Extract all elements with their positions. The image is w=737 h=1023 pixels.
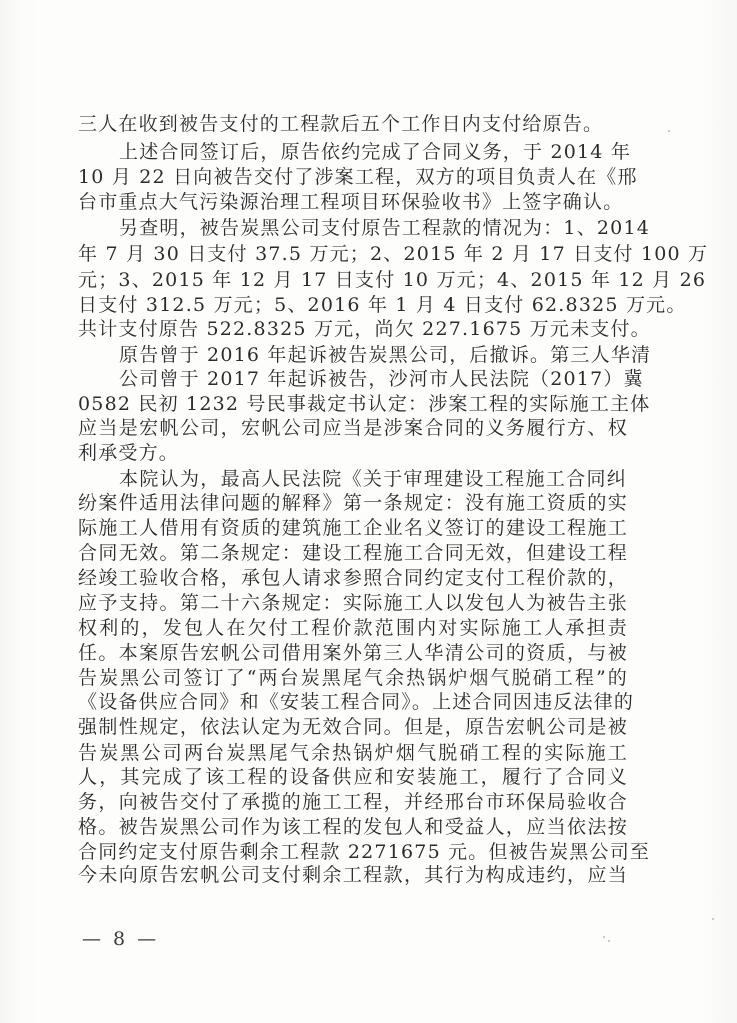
text-line: 《设备供应合同》和《安装工程合同》。上述合同因违反法律的 (78, 690, 628, 714)
text-line: 任。本案原告宏帆公司借用案外第三人华清公司的资质，与被 (78, 641, 628, 665)
text-line: 合同无效。第二条规定：建设工程施工合同无效，但建设工程 (78, 541, 628, 565)
scan-speck (603, 936, 605, 938)
scanned-page: 三人在收到被告支付的工程款后五个工作日内支付给原告。 上述合同签订后，原告依约完… (0, 0, 737, 1023)
text-line: 利承受方。 (78, 441, 638, 465)
text-line: 应予支持。第二十六条规定：实际施工人以发包人为被告主张 (78, 591, 628, 615)
scan-speck (712, 918, 714, 920)
text-line: 年 7 月 30 日支付 37.5 万元；2、2015 年 2 月 17 日支付… (78, 242, 628, 266)
text-line: 上述合同签订后，原告依约完成了合同义务，于 2014 年 (119, 140, 627, 164)
text-line: 本院认为，最高人民法院《关于审理建设工程施工合同纠 (119, 467, 627, 491)
text-line: 原告曾于 2016 年起诉被告炭黑公司，后撤诉。第三人华清 (119, 343, 627, 367)
page-number: — 8 — (82, 927, 159, 951)
text-line: 告炭黑公司签订了“两台炭黑尾气余热锅炉烟气脱硝工程”的 (78, 666, 628, 690)
text-line: 0582 民初 1232 号民事裁定书认定：涉案工程的实际施工主体 (78, 392, 628, 416)
text-line: 日支付 312.5 万元；5、2016 年 1 月 4 日支付 62.8325 … (78, 293, 628, 317)
text-line: 告炭黑公司两台炭黑尾气余热锅炉烟气脱硝工程的实际施工 (78, 741, 628, 765)
text-line: 际施工人借用有资质的建筑施工企业名义签订的建设工程施工 (78, 516, 628, 540)
text-line: 应当是宏帆公司，宏帆公司应当是涉案合同的义务履行方、权 (78, 416, 628, 440)
scan-speck (608, 940, 610, 942)
text-line: 权利的，发包人在欠付工程价款范围内对实际施工人承担责 (78, 616, 628, 640)
text-line: 元；3、2015 年 12 月 17 日支付 10 万元；4、2015 年 12… (78, 268, 628, 292)
text-line: 经竣工验收合格，承包人请求参照合同约定支付工程价款的， (78, 566, 628, 590)
text-line: 10 月 22 日向被告交付了涉案工程，双方的项目负责人在《邢 (78, 165, 628, 189)
text-line: 人，其完成了该工程的设备供应和安装施工，履行了合同义 (78, 765, 628, 789)
scan-speck (668, 130, 670, 132)
text-line: 强制性规定，依法认定为无效合同。但是，原告宏帆公司是被 (78, 715, 628, 739)
text-line: 合同约定支付原告剩余工程款 2271675 元。但被告炭黑公司至 (78, 840, 628, 864)
text-line: 三人在收到被告支付的工程款后五个工作日内支付给原告。 (78, 112, 638, 136)
text-line: 务，向被告交付了承揽的施工工程，并经邢台市环保局验收合 (78, 790, 628, 814)
text-line: 纷案件适用法律问题的解释》第一条规定：没有施工资质的实 (78, 491, 628, 515)
text-line: 今未向原告宏帆公司支付剩余工程款，其行为构成违约，应当 (78, 863, 628, 887)
text-line: 格。被告炭黑公司作为该工程的发包人和受益人，应当依法按 (78, 815, 628, 839)
text-line: 共计支付原告 522.8325 万元，尚欠 227.1675 万元未支付。 (78, 317, 638, 341)
text-line: 公司曾于 2017 年起诉被告，沙河市人民法院（2017）冀 (119, 367, 627, 391)
text-line: 另查明，被告炭黑公司支付原告工程款的情况为：1、2014 (119, 216, 627, 240)
text-line: 台市重点大气污染源治理工程项目环保验收书》上签字确认。 (78, 190, 638, 214)
